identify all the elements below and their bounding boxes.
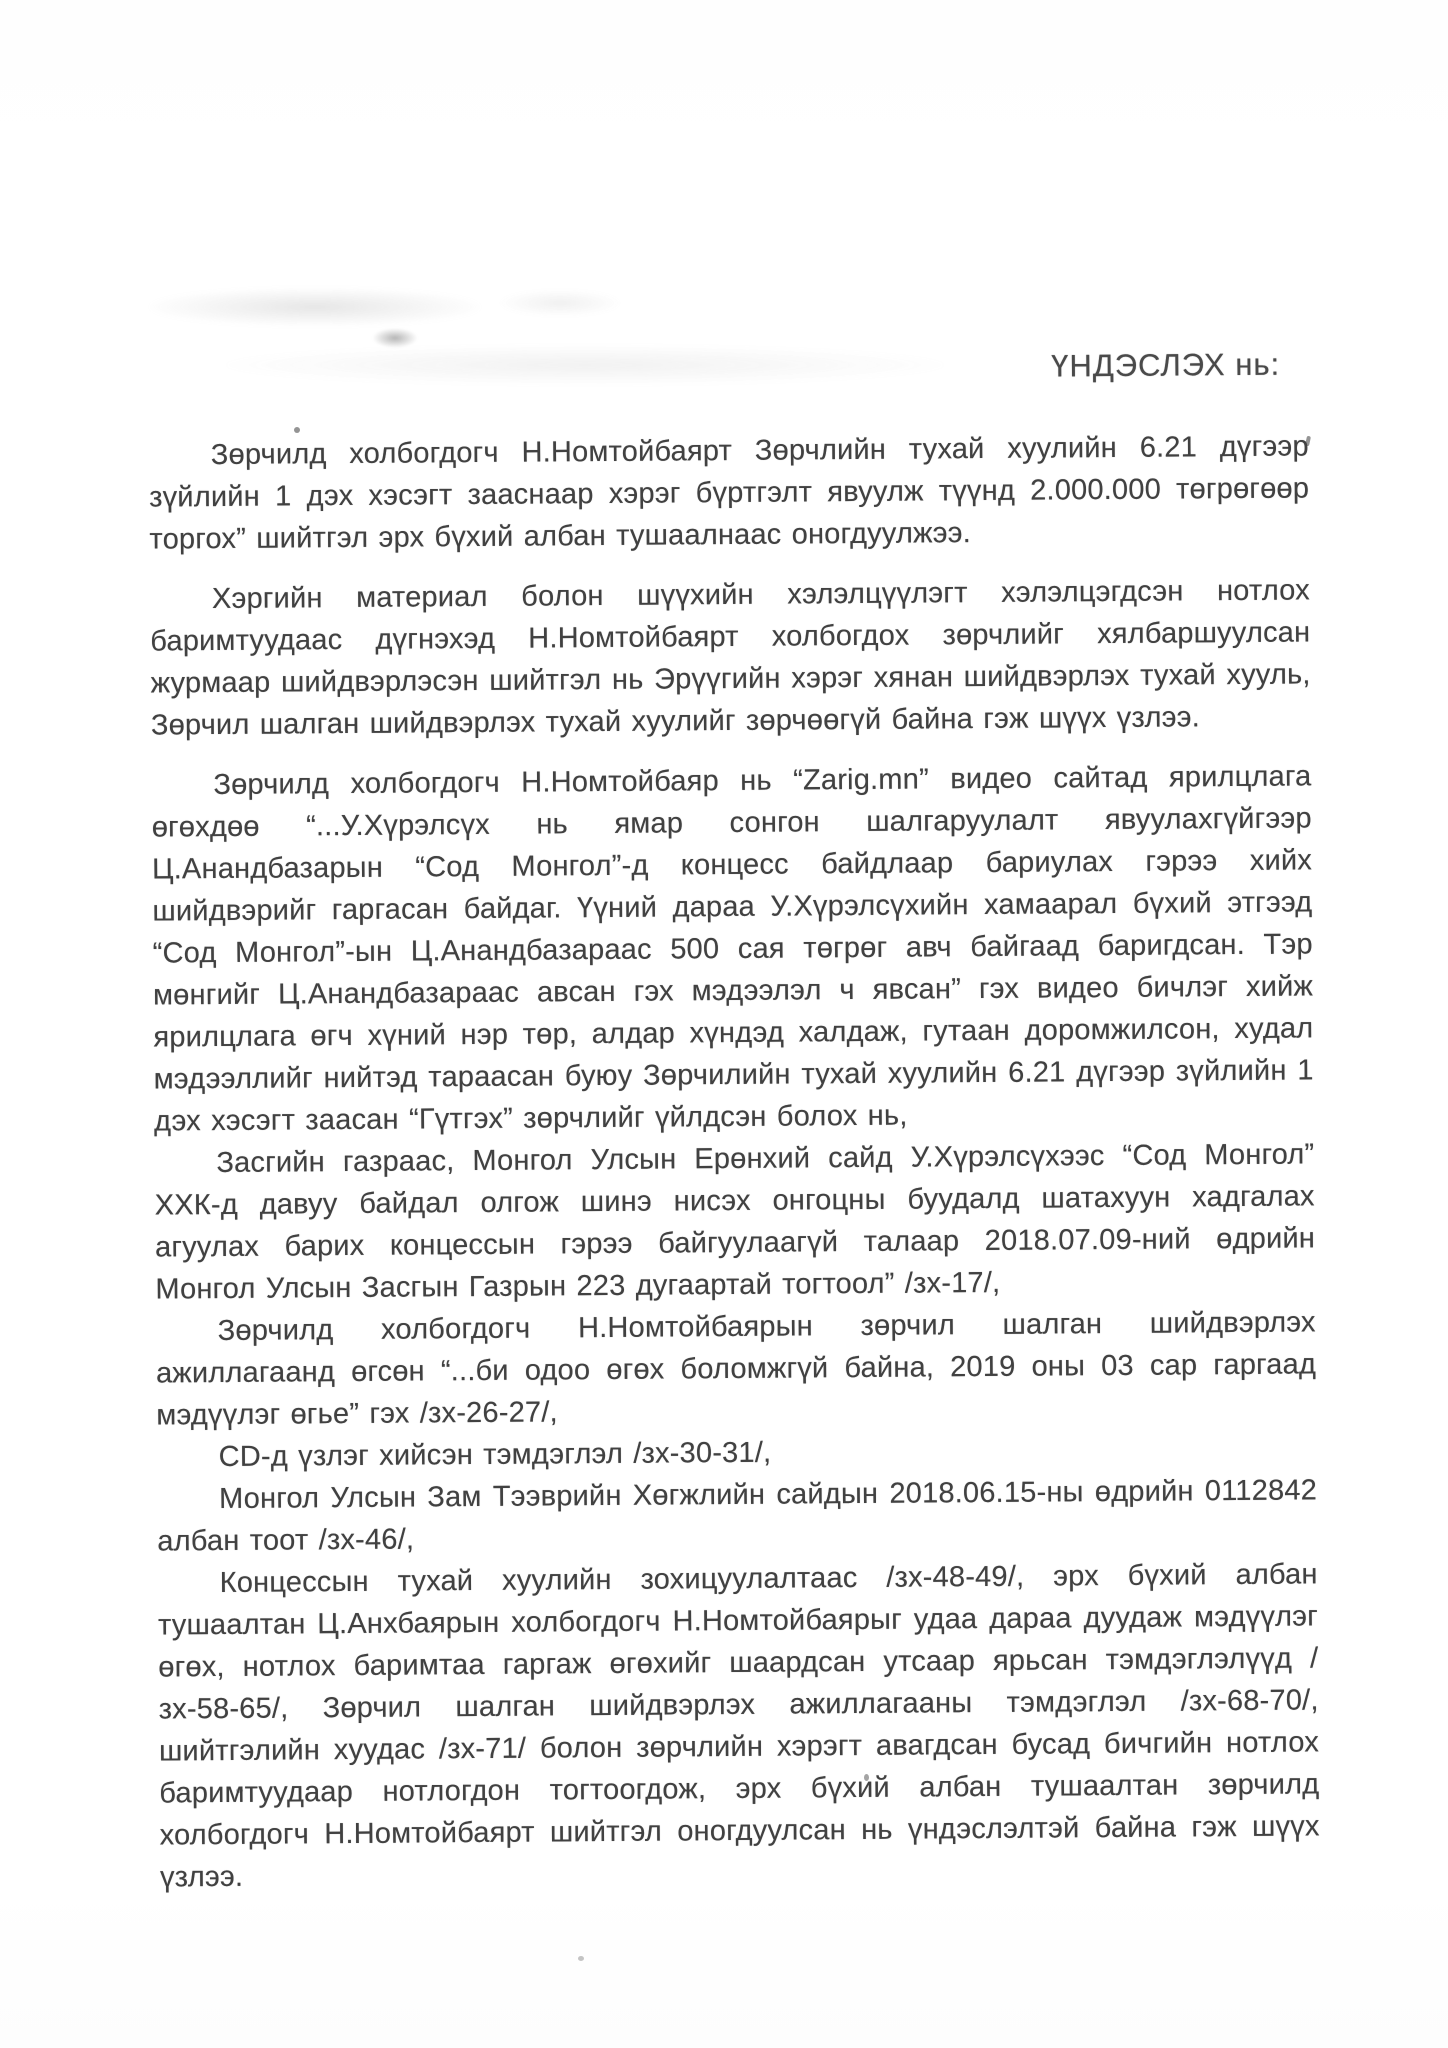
scan-smudge	[150, 288, 480, 326]
paragraph-court-assessment: Хэргийн материал болон шүүхийн хэлэлцүүл…	[150, 569, 1311, 746]
document-body: ҮНДЭСЛЭХ нь: Зөрчилд холбогдогч Н.Номтой…	[148, 343, 1320, 1898]
paragraph-ruling-fine: Зөрчилд холбогдогч Н.Номтойбаярт Зөрчлий…	[149, 425, 1310, 560]
scan-smudge	[372, 328, 418, 348]
paragraph-interview-allegation: Зөрчилд холбогдогч Н.Номтойбаяр нь “Zari…	[151, 755, 1314, 1142]
scan-speck	[578, 1956, 584, 1961]
paragraph-conclusion: Концессын тухай хуулийн зохицуулалтаас /…	[158, 1553, 1321, 1898]
section-heading-text: ҮНДЭСЛЭХ нь:	[1051, 347, 1280, 384]
section-heading: ҮНДЭСЛЭХ нь:	[148, 343, 1308, 394]
paragraph-ministry-letter: Монгол Улсын Зам Тээврийн Хөгжлийн сайды…	[157, 1469, 1318, 1562]
scanned-document-page: ҮНДЭСЛЭХ нь: Зөрчилд холбогдогч Н.Номтой…	[0, 0, 1448, 2048]
paragraph-testimony: Зөрчилд холбогдогч Н.Номтойбаярын зөрчил…	[156, 1301, 1317, 1436]
scan-smudge	[500, 290, 620, 316]
paragraph-government-resolution: Засгийн газраас, Монгол Улсын Ерөнхий са…	[154, 1133, 1315, 1310]
